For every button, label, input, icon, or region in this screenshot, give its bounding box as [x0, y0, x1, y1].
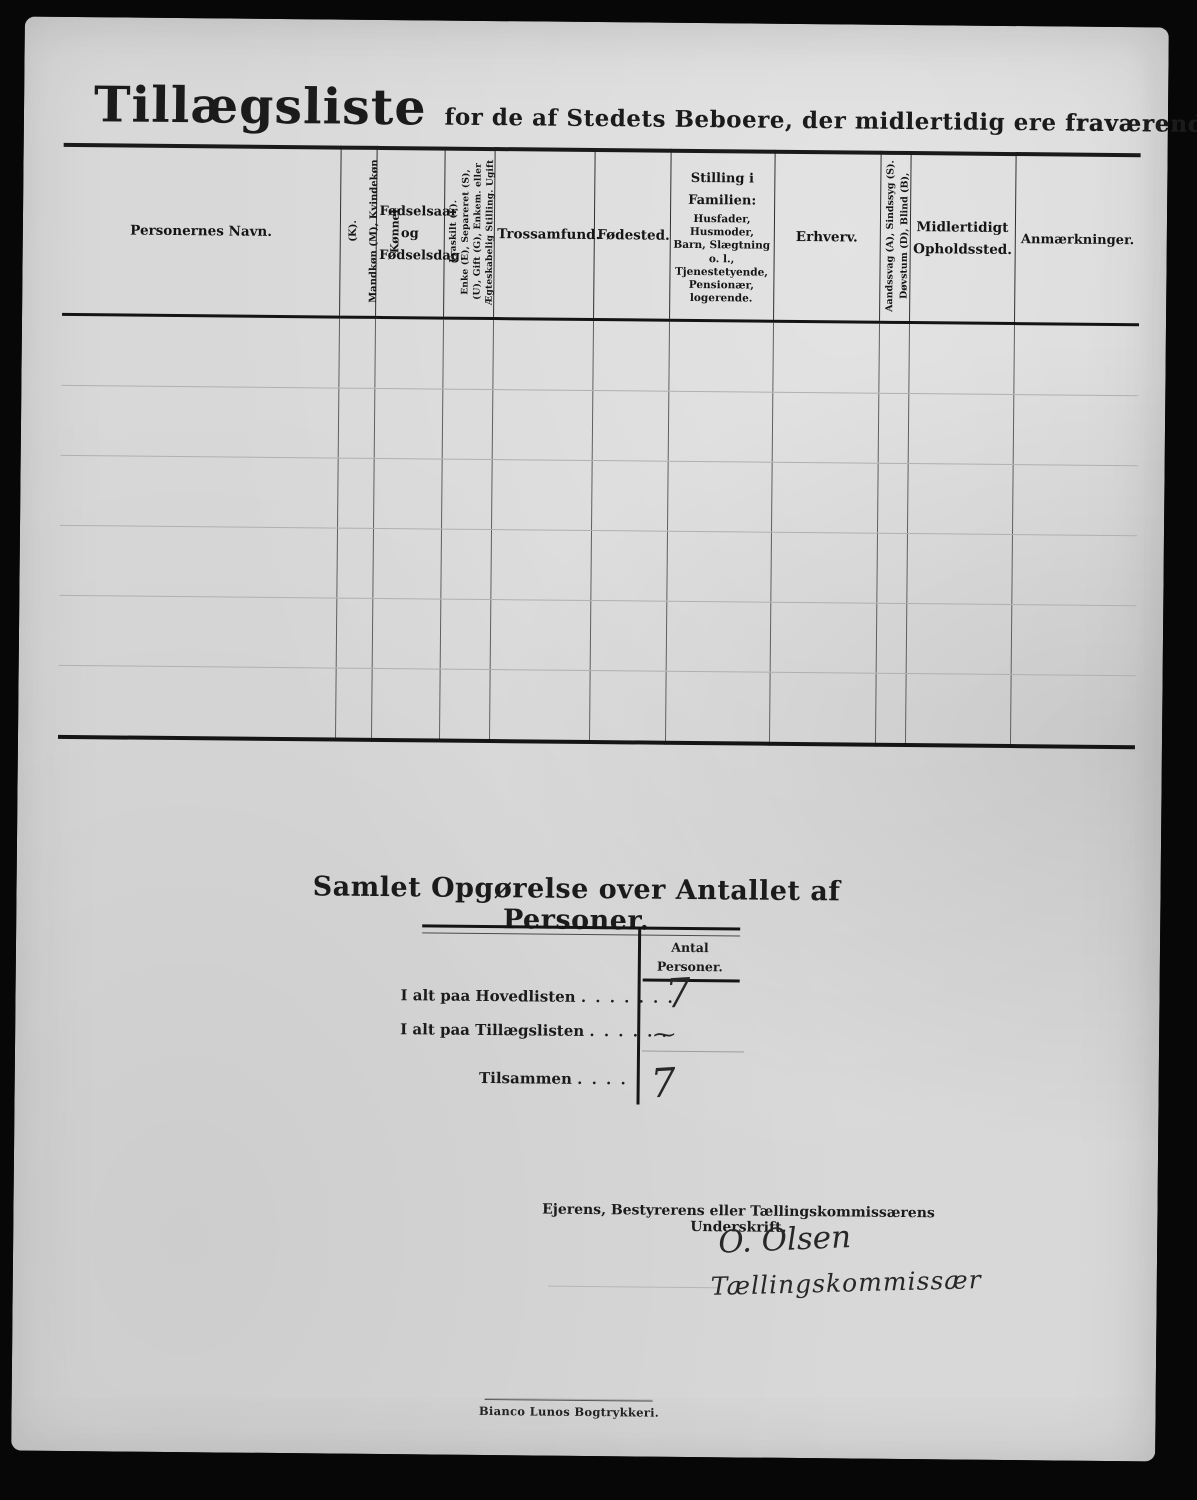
empty-cell: [1012, 465, 1138, 536]
empty-cell: [770, 532, 877, 603]
summary-row-label: Tilsammen: [479, 1069, 572, 1088]
summary-vertical-divider: [636, 928, 640, 1104]
empty-cell: [908, 394, 1014, 465]
empty-cell: [1013, 395, 1139, 466]
empty-cell: [490, 600, 591, 671]
empty-cell: [441, 459, 492, 529]
empty-cell: [374, 388, 443, 459]
empty-cell: [878, 393, 909, 463]
empty-cell: [1013, 324, 1139, 396]
empty-cell: [591, 461, 668, 532]
scan-background: Tillægsliste for de af Stedets Beboere, …: [0, 0, 1197, 1500]
summary-faint-line: [642, 1051, 744, 1053]
vertical-label: Kønnet Mandkøn (M), Kvindekøn (K).: [343, 151, 407, 312]
col-header-koennet: Kønnet Mandkøn (M), Kvindekøn (K).: [339, 148, 377, 318]
empty-cell: [877, 463, 908, 533]
col-label: Trossamfund.: [497, 226, 600, 243]
empty-cell: [666, 531, 771, 602]
empty-cell: [771, 462, 878, 533]
document-page: Tillægsliste for de af Stedets Beboere, …: [11, 17, 1169, 1462]
summary-row-tilsammen: Tilsammen . . . .: [400, 1068, 628, 1088]
empty-cell: [337, 458, 374, 528]
empty-cell: [592, 391, 669, 462]
empty-cell: [592, 320, 669, 392]
printer-imprint: Bianco Lunos Bogtrykkeri.: [466, 1404, 671, 1420]
title-subtitle: for de af Stedets Beboere, der midlertid…: [444, 104, 1197, 139]
table-row: [58, 665, 1136, 747]
empty-cell: [373, 458, 442, 529]
col-label: Midlertidigt Opholdssted.: [913, 219, 1012, 258]
page-title: Tillægsliste for de af Stedets Beboere, …: [94, 75, 1135, 143]
empty-cell: [336, 528, 373, 598]
empty-cell: [590, 600, 667, 671]
subtitle-text: for de af Stedets Beboere, der midlertid…: [444, 104, 1056, 137]
leader-dots: . . . .: [577, 1070, 628, 1088]
col-header-trossamfund: Trossamfund.: [493, 149, 595, 319]
empty-cell: [590, 531, 667, 602]
col-header-midlertidigt-opholdssted: Midlertidigt Opholdssted.: [909, 153, 1016, 324]
census-table: Personernes Navn. Kønnet Mandkøn (M), Kv…: [58, 143, 1141, 749]
col-label: Stilling i Familien: Husfader, Husmoder,…: [673, 171, 771, 306]
summary-row-tillaegslisten: I alt paa Tillægslisten . . . . . .: [400, 1020, 628, 1040]
col-header-erhverv: Erhverv.: [773, 152, 881, 323]
col-header-stilling-i-familien: Stilling i Familien: Husfader, Husmoder,…: [669, 151, 775, 321]
col-header-anmaerkninger: Anmærkninger.: [1014, 154, 1141, 325]
printer-imprint-rule: [485, 1399, 653, 1402]
col-header-personernes-navn: Personernes Navn.: [62, 145, 341, 317]
empty-cell: [906, 604, 1012, 675]
handwritten-value-tillaegslisten: ⁓: [653, 1023, 673, 1048]
empty-cell: [442, 389, 493, 459]
col-label: Personernes Navn.: [130, 223, 272, 240]
empty-cell: [335, 668, 372, 740]
summary-column-header: Antal Personer.: [644, 939, 736, 977]
empty-cell: [489, 670, 590, 742]
empty-cell: [876, 603, 907, 673]
table-row: [61, 314, 1139, 395]
col-header-foedested: Fødested.: [593, 150, 671, 320]
handwritten-value-hovedlisten: 7: [664, 970, 692, 1017]
empty-cell: [492, 319, 593, 391]
empty-cell: [769, 672, 876, 745]
empty-cell: [492, 390, 593, 461]
title-main: Tillægsliste: [94, 75, 427, 136]
col-sublabel: Husfader, Husmoder, Barn, Slægtning o. l…: [673, 213, 771, 306]
empty-cell: [61, 314, 339, 388]
empty-cell: [491, 460, 592, 531]
col-label: Anmærkninger.: [1021, 232, 1134, 248]
subtitle-emphasis: fraværende.: [1065, 110, 1197, 139]
empty-cell: [440, 529, 491, 599]
handwritten-signature-role: Tællingskommissær: [710, 1265, 982, 1301]
empty-cell: [665, 671, 770, 743]
summary-row-hovedlisten: I alt paa Hovedlisten . . . . . . .: [400, 986, 628, 1006]
empty-cell: [905, 674, 1011, 747]
empty-cell: [772, 392, 879, 463]
handwritten-signature-name: O. Olsen: [717, 1219, 851, 1261]
empty-cell: [878, 322, 909, 393]
census-table-wrap: Personernes Navn. Kønnet Mandkøn (M), Kv…: [58, 143, 1141, 749]
empty-cell: [60, 455, 338, 528]
empty-cell: [58, 665, 336, 739]
empty-cell: [907, 464, 1013, 535]
empty-cell: [589, 670, 666, 742]
empty-cell: [372, 598, 441, 669]
signature-faint-line: [548, 1286, 718, 1289]
empty-cell: [668, 391, 773, 462]
table-row: [60, 455, 1138, 535]
census-table-body: [58, 314, 1139, 747]
header-row: Personernes Navn. Kønnet Mandkøn (M), Kv…: [62, 145, 1141, 325]
empty-cell: [59, 525, 337, 598]
empty-cell: [372, 528, 441, 599]
empty-cell: [876, 533, 907, 603]
handwritten-value-tilsammen: 7: [649, 1060, 677, 1107]
vertical-label: Ægteskabelig Stilling. Ugift (U), Gift (…: [447, 152, 497, 312]
empty-cell: [336, 598, 373, 668]
empty-cell: [666, 601, 771, 672]
empty-cell: [371, 668, 440, 740]
empty-cell: [439, 669, 490, 741]
empty-cell: [1010, 675, 1136, 748]
empty-cell: [442, 318, 493, 389]
table-row: [61, 385, 1139, 465]
empty-cell: [906, 534, 1012, 605]
empty-cell: [338, 388, 375, 458]
summary-column-header-rule: [643, 979, 740, 982]
empty-cell: [59, 595, 337, 668]
empty-cell: [770, 602, 877, 673]
empty-cell: [1011, 605, 1137, 676]
leader-dots: . . . . . . .: [581, 988, 675, 1007]
col-label: Erhverv.: [796, 229, 858, 246]
col-header-doevstum: Døvstum (D), Blind (B), Aandssvag (A), S…: [879, 153, 911, 323]
empty-cell: [668, 320, 773, 392]
empty-cell: [908, 323, 1014, 395]
summary-row-label: I alt paa Tillægslisten: [400, 1020, 584, 1040]
table-row: [59, 525, 1137, 605]
census-table-header: Personernes Navn. Kønnet Mandkøn (M), Kv…: [62, 145, 1141, 325]
empty-cell: [772, 321, 879, 393]
col-label: Fødested.: [597, 227, 670, 244]
table-row: [59, 595, 1137, 675]
col-header-aegteskabelig-stilling: Ægteskabelig Stilling. Ugift (U), Gift (…: [443, 149, 495, 319]
empty-cell: [875, 673, 906, 745]
empty-cell: [338, 317, 375, 388]
empty-cell: [490, 530, 591, 601]
empty-cell: [667, 461, 772, 532]
summary-row-label: I alt paa Hovedlisten: [400, 986, 575, 1006]
vertical-label: Døvstum (D), Blind (B), Aandssvag (A), S…: [883, 156, 913, 316]
empty-cell: [61, 385, 339, 458]
empty-cell: [1011, 535, 1137, 606]
empty-cell: [440, 599, 491, 669]
empty-cell: [374, 317, 443, 389]
